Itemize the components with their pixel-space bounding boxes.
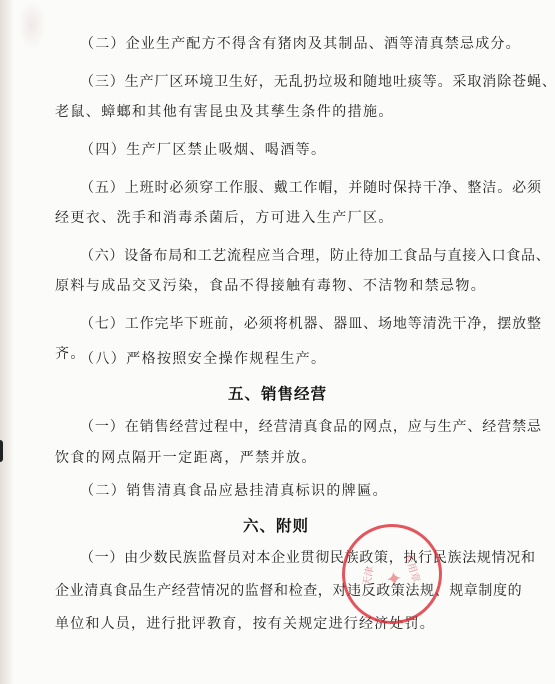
clause-2-3-line1: （三）生产厂区环境卫生好，无乱扔垃圾和随地吐痰等。采取消除苍蝇、 (80, 73, 555, 91)
stamp-text-right: 专用章 (402, 551, 426, 584)
section-5-clause-1-line1: （一）在销售经营过程中，经营清真食品的网点，应与生产、经营禁忌 (80, 418, 542, 436)
clause-2-3-line2: 老鼠、蟑螂和其他有害昆虫及其孳生条件的措施。 (55, 103, 394, 121)
stamp-text-left: 天津 (358, 565, 377, 588)
section-5-clause-2: （二）销售清真食品应悬挂清真标识的牌匾。 (80, 482, 388, 500)
page-edge-shadow (0, 0, 14, 684)
clause-2-2: （二）企业生产配方不得含有猪肉及其制品、酒等清真禁忌成分。 (80, 35, 521, 53)
stamp-inner: 天津 ✦ 专用章 (348, 530, 436, 618)
section-5-heading: 五、销售经营 (228, 384, 327, 404)
clause-2-6-line1: （六）设备布局和工艺流程应当合理，防止待加工食品与直接入口食品、 (80, 247, 550, 265)
clause-2-5-line1: （五）上班时必须穿工作服、戴工作帽，并随时保持干净、整洁。必须 (80, 179, 542, 197)
section-6-clause-1-line2: 企业清真食品生产经营情况的监督和检查，对违反政策法规、规章制度的 (55, 582, 522, 600)
clause-2-7-line1: （七）工作完毕下班前，必须将机器、器皿、场地等清洗干净，摆放整 (80, 315, 542, 333)
section-6-clause-1-line1: （一）由少数民族监督员对本企业贯彻民族政策，执行民族法规情况和 (80, 549, 536, 567)
section-5-clause-1-line2: 饮食的网点隔开一定距离，严禁并放。 (55, 449, 317, 467)
official-red-stamp: 天津 ✦ 专用章 (336, 518, 449, 631)
clause-2-5-line2: 经更衣、洗手和消毒杀菌后，方可进入生产厂区。 (55, 209, 394, 227)
clause-2-6-line2: 原料与成品交叉污染，食品不得接触有毒物、不洁物和禁忌物。 (55, 277, 486, 295)
clause-2-8: （八）严格按照安全操作规程生产。 (80, 350, 326, 368)
scan-smudge (18, 0, 46, 50)
clause-2-4: （四）生产厂区禁止吸烟、喝酒等。 (80, 141, 326, 159)
section-6-heading: 六、附则 (243, 516, 309, 536)
binding-mark (0, 440, 3, 462)
stamp-star-icon: ✦ (384, 566, 404, 592)
